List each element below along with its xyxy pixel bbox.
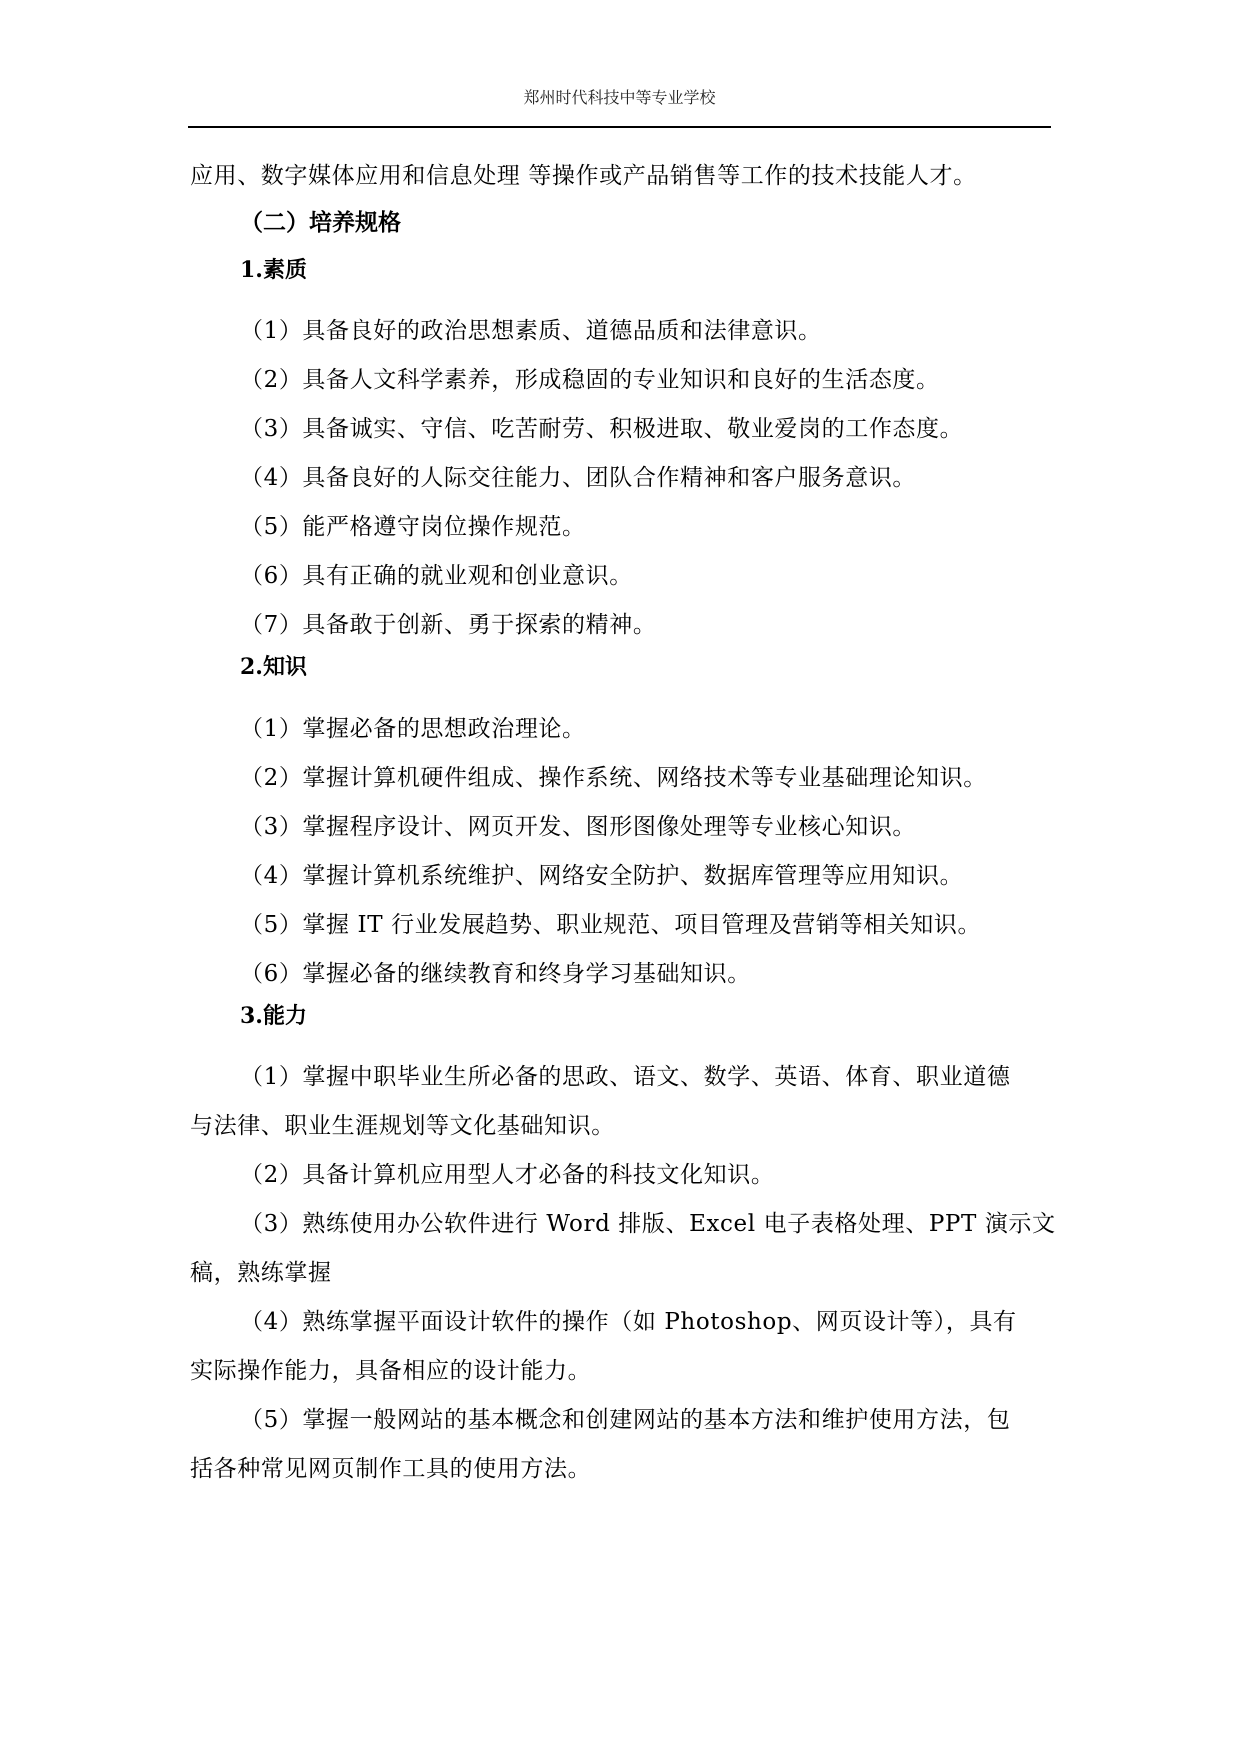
list-item: （3）掌握程序设计、网页开发、图形图像处理等专业核心知识。 <box>190 809 1052 845</box>
header-rule-divider <box>188 126 1051 128</box>
list-item: （7）具备敢于创新、勇于探索的精神。 <box>190 607 1052 643</box>
list-item: （2）掌握计算机硬件组成、操作系统、网络技术等专业基础理论知识。 <box>190 760 1052 796</box>
page-header-title: 郑州时代科技中等专业学校 <box>188 86 1051 110</box>
list-item: （4）具备良好的人际交往能力、团队合作精神和客户服务意识。 <box>190 460 1052 496</box>
list-item: （5）能严格遵守岗位操作规范。 <box>190 509 1052 545</box>
list-item: （1）掌握中职毕业生所必备的思政、语文、数学、英语、体育、职业道德 <box>190 1059 1052 1095</box>
list-item: （5）掌握 IT 行业发展趋势、职业规范、项目管理及营销等相关知识。 <box>190 907 1052 943</box>
subsection-heading-ability: 3.能力 <box>190 998 1052 1034</box>
list-item-continuation: 括各种常见网页制作工具的使用方法。 <box>190 1451 1052 1487</box>
subsection-heading-quality: 1.素质 <box>190 252 1052 288</box>
list-item: （1）具备良好的政治思想素质、道德品质和法律意识。 <box>190 313 1052 349</box>
list-item: （2）具备计算机应用型人才必备的科技文化知识。 <box>190 1157 1052 1193</box>
list-item: （3）熟练使用办公软件进行 Word 排版、Excel 电子表格处理、PPT 演… <box>190 1206 1052 1242</box>
list-item-continuation: 稿，熟练掌握 <box>190 1255 1052 1291</box>
list-item: （2）具备人文科学素养，形成稳固的专业知识和良好的生活态度。 <box>190 362 1052 398</box>
list-item: （1）掌握必备的思想政治理论。 <box>190 711 1052 747</box>
list-item: （6）掌握必备的继续教育和终身学习基础知识。 <box>190 956 1052 992</box>
list-item-continuation: 与法律、职业生涯规划等文化基础知识。 <box>190 1108 1052 1144</box>
list-item-continuation: 实际操作能力，具备相应的设计能力。 <box>190 1353 1052 1389</box>
list-item: （6）具有正确的就业观和创业意识。 <box>190 558 1052 594</box>
list-item: （4）熟练掌握平面设计软件的操作（如 Photoshop、网页设计等），具有 <box>190 1304 1052 1340</box>
list-item: （4）掌握计算机系统维护、网络安全防护、数据库管理等应用知识。 <box>190 858 1052 894</box>
intro-continuation-paragraph: 应用、数字媒体应用和信息处理 等操作或产品销售等工作的技术技能人才。 <box>190 158 1052 194</box>
list-item: （3）具备诚实、守信、吃苦耐劳、积极进取、敬业爱岗的工作态度。 <box>190 411 1052 447</box>
document-body: 应用、数字媒体应用和信息处理 等操作或产品销售等工作的技术技能人才。 （二）培养… <box>190 158 1052 1487</box>
subsection-heading-knowledge: 2.知识 <box>190 649 1052 685</box>
list-item: （5）掌握一般网站的基本概念和创建网站的基本方法和维护使用方法，包 <box>190 1402 1052 1438</box>
section-heading-training-specs: （二）培养规格 <box>190 205 1052 241</box>
